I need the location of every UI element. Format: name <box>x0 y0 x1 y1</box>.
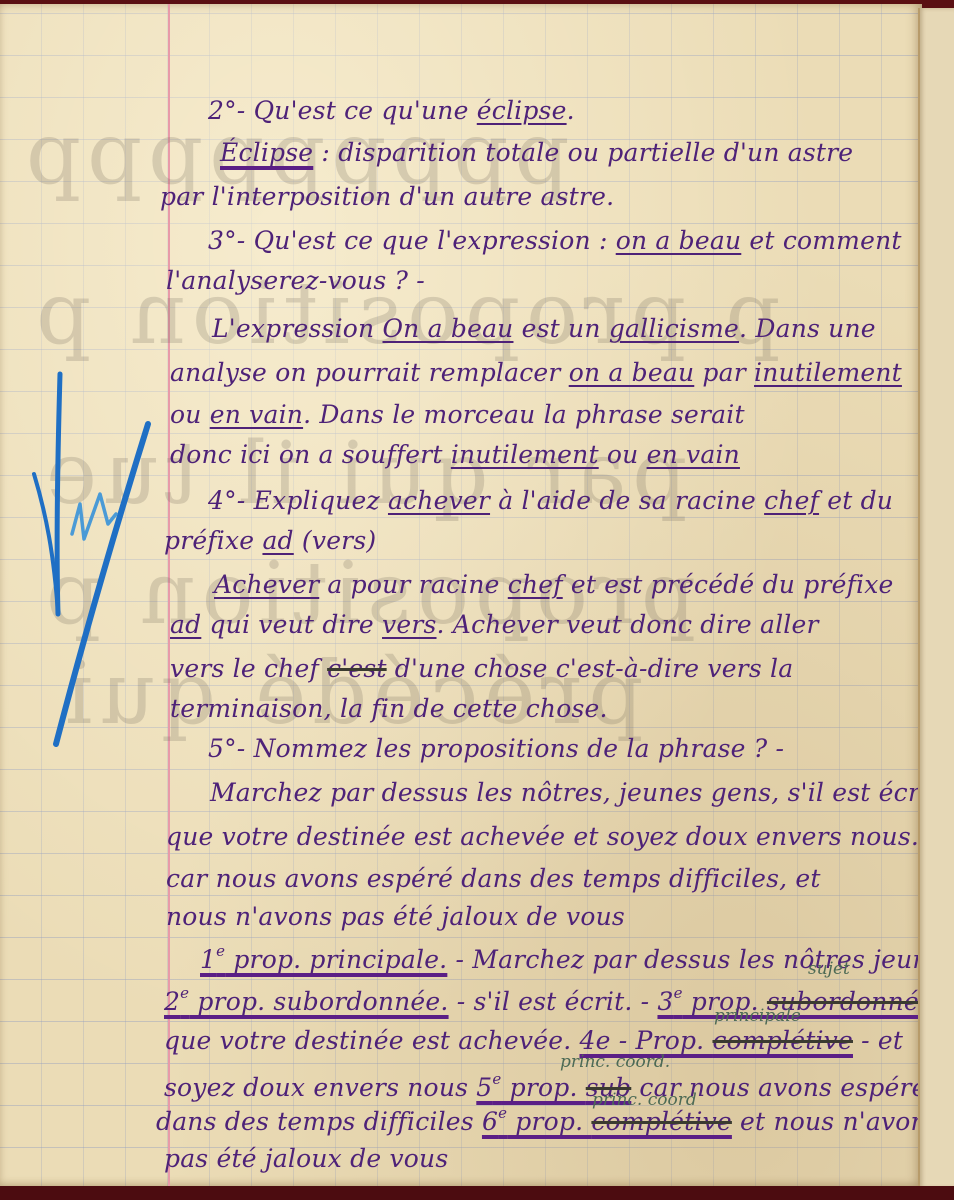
answer-3-line-4: donc ici on a souffert inutilement ou en… <box>170 440 740 469</box>
proposition-5: soyez doux envers nous 5e prop. sub car … <box>164 1070 927 1102</box>
answer-2-line-1: Éclipse : disparition totale ou partiell… <box>220 138 853 167</box>
answer-4-line-2: ad qui veut dire vers. Achever veut donc… <box>170 610 819 639</box>
correction-sujet: sujet <box>808 959 850 979</box>
answer-3-line-3: ou en vain. Dans le morceau la phrase se… <box>170 400 745 429</box>
answer-4-line-3: vers le chef c'est d'une chose c'est-à-d… <box>170 654 793 683</box>
proposition-6: dans des temps difficiles 6e prop. compl… <box>156 1104 940 1136</box>
sentence-line-4: nous n'avons pas été jaloux de vous <box>166 902 625 931</box>
answer-3-line-2: analyse on pourrait remplacer on a beau … <box>170 358 902 387</box>
answer-4-line-4: terminaison, la fin de cette chose. <box>170 694 608 723</box>
answer-4-line-1: Achever a pour racine chef et est précéd… <box>214 570 894 599</box>
sentence-line-3: car nous avons espéré dans des temps dif… <box>166 864 821 893</box>
answer-3-line-1: L'expression On a beau est un gallicisme… <box>212 314 876 343</box>
sentence-line-2: que votre destinée est achevée et soyez … <box>166 822 919 851</box>
proposition-end: pas été jaloux de vous <box>164 1144 448 1173</box>
question-4-line-1: 4°- Expliquez achever à l'aide de sa rac… <box>208 486 893 515</box>
question-2: 2°- Qu'est ce qu'une éclipse. <box>208 96 575 125</box>
notebook-cover-edge <box>0 1186 954 1200</box>
question-3-line-2: l'analyserez-vous ? - <box>166 266 425 295</box>
proposition-3-4: que votre destinée est achevée. 4e - Pro… <box>164 1026 903 1055</box>
question-3-line-1: 3°- Qu'est ce que l'expression : on a be… <box>208 226 902 255</box>
proposition-2-3: 2e prop. subordonnée. - s'il est écrit. … <box>164 984 934 1016</box>
sentence-line-1: Marchez par dessus les nôtres, jeunes ge… <box>210 778 938 807</box>
correction-princ-coord-2: princ. coord <box>592 1090 697 1110</box>
correction-principale: principale <box>714 1006 801 1026</box>
notebook-page: ppppppppp p proposition p par qui il tue… <box>0 4 922 1188</box>
question-5: 5°- Nommez les propositions de la phrase… <box>208 734 784 763</box>
next-page-edge <box>918 8 954 1188</box>
answer-2-line-2: par l'interposition d'un autre astre. <box>160 182 614 211</box>
question-4-line-2: préfixe ad (vers) <box>164 526 376 555</box>
blue-check-mark-icon <box>20 364 160 764</box>
correction-princ-coord: princ. coord. <box>560 1052 670 1072</box>
